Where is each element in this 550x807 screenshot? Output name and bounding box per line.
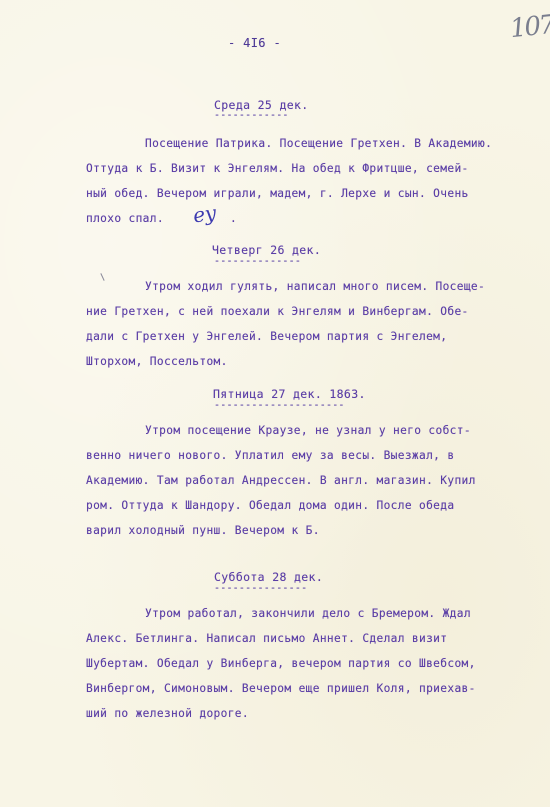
entry-line: Алекс. Бетлинга. Написал письмо Аннет. С… — [86, 632, 447, 645]
entry-line: плохо спал. — [86, 212, 164, 225]
entry-line: дали с Гретхен у Энгелей. Вечером партия… — [86, 330, 447, 343]
entry-line: Оттуда к Б. Визит к Энгелям. На обед к Ф… — [86, 162, 469, 175]
entry-line: варил холодный пунш. Вечером к Б. — [86, 524, 320, 537]
entry-heading-saturday: Суббота 28 дек. — [214, 570, 323, 584]
heading-underline: --------------- — [214, 583, 307, 594]
entry-line: Шторхом, Поссельтом. — [86, 355, 228, 368]
entry-line: ный обед. Вечером играли, мадем, г. Лерх… — [86, 187, 469, 200]
document-page: - 4I6 - 107 Среда 25 дек. ------------ П… — [0, 0, 550, 807]
entry-line: ние Гретхен, с ней поехали к Энгелям и В… — [86, 305, 469, 318]
handwritten-mark: ey — [191, 201, 217, 228]
heading-underline: --------------------- — [214, 400, 345, 411]
entry-line: Утром ходил гулять, написал много писем.… — [145, 280, 485, 293]
entry-line: Шубертам. Обедал у Винберга, вечером пар… — [86, 657, 476, 670]
page-number: - 4I6 - — [228, 36, 281, 50]
entry-line: ший по железной дороге. — [86, 707, 249, 720]
entry-trailing-dot: . — [230, 212, 237, 225]
archive-folio-number: 107 — [509, 10, 550, 44]
entry-line: Утром посещение Краузе, не узнал у него … — [145, 424, 471, 437]
entry-line: Утром работал, закончили дело с Бремером… — [145, 607, 471, 620]
entry-line: Академию. Там работал Андрессен. В англ.… — [86, 474, 476, 487]
entry-heading-thursday: Четверг 26 дек. — [212, 243, 321, 257]
entry-line: Посещение Патрика. Посещение Гретхен. В … — [145, 137, 492, 150]
entry-line: ром. Оттуда к Шандору. Обедал дома один.… — [86, 499, 454, 512]
heading-underline: -------------- — [214, 256, 301, 267]
pen-tick-mark — [100, 273, 104, 281]
entry-heading-friday: Пятница 27 дек. 1863. — [213, 387, 366, 401]
entry-line: Винбергом, Симоновым. Вечером еще пришел… — [86, 682, 476, 695]
entry-line: венно ничего нового. Уплатил ему за весы… — [86, 449, 454, 462]
heading-underline: ------------ — [214, 110, 289, 121]
